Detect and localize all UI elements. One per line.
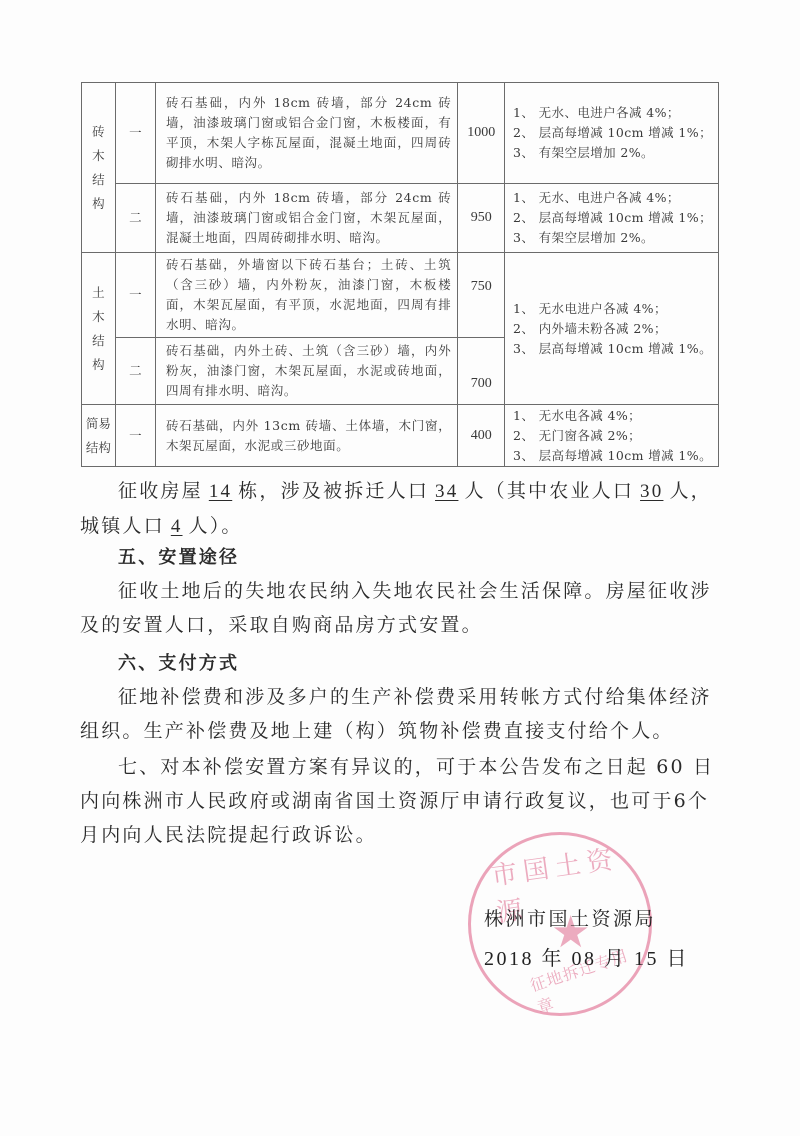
table-row: 二 砖石基础，内外 18cm 砖墙，部分 24cm 砖墙，油漆玻璃门窗或铝合金门… — [82, 184, 719, 253]
section-5-body: 征收土地后的失地农民纳入失地农民社会生活保障。房屋征收涉及的安置人口，采取自购商… — [80, 574, 720, 642]
building-compensation-table: 砖 木 结 构 一 砖石基础，内外 18cm 砖墙，部分 24cm 砖墙，油漆玻… — [81, 82, 719, 467]
structure-type-cell: 简易 结构 — [82, 405, 116, 467]
section-6-heading: 六、支付方式 — [80, 646, 720, 681]
description-cell: 砖石基础，内外 18cm 砖墙，部分 24cm 砖墙，油漆玻璃门窗或铝合金门窗，… — [155, 184, 457, 253]
grade-cell: 一 — [115, 253, 155, 338]
adjustment-cell: 1、 无水电进户各减 4%； 2、 内外墙未粉各减 2%； 3、 层高每增减 1… — [505, 253, 719, 405]
houses-paragraph: 征收房屋14栋，涉及被拆迁人口34人（其中农业人口30人，城镇人口4人）。 — [80, 474, 720, 544]
type-char: 砖 — [82, 120, 115, 144]
issuer-name: 株洲市国土资源局 — [484, 904, 656, 931]
heading-text: 六、支付方式 — [118, 653, 239, 674]
people-count: 34 — [429, 481, 464, 502]
table-row: 简易 结构 一 砖石基础，内外 13cm 砖墙、土体墙，木门窗，木架瓦屋面，水泥… — [82, 405, 719, 467]
body-text: 征收土地后的失地农民纳入失地农民社会生活保障。房屋征收涉及的安置人口，采取自购商… — [80, 580, 712, 636]
adjustment-line: 3、 层高每增减 10cm 增减 1%。 — [513, 446, 712, 466]
adjustment-line: 3、 有架空层增加 2%。 — [513, 143, 712, 163]
issue-date: 2018 年 08 月 15 日 — [484, 942, 689, 971]
adjustment-line: 3、 有架空层增加 2%。 — [513, 228, 712, 248]
description-cell: 砖石基础，内外土砖、土筑（含三砂）墙，内外粉灰，油漆门窗，木架瓦屋面，水泥或砖地… — [155, 338, 457, 405]
type-char: 简易 — [82, 412, 115, 436]
price-cell: 400 — [458, 405, 505, 467]
grade-cell: 一 — [115, 83, 155, 184]
text: 人）。 — [189, 515, 243, 537]
adjustment-line: 1、 无水、电进户各减 4%； — [513, 103, 712, 123]
body-text: 七、对本补偿安置方案有异议的，可于本公告发布之日起 60 日内向株洲市人民政府或… — [80, 756, 714, 846]
description-cell: 砖石基础，内外 13cm 砖墙、土体墙，木门窗，木架瓦屋面，水泥或三砂地面。 — [155, 405, 457, 467]
adjustment-line: 2、 内外墙未粉各减 2%； — [513, 319, 712, 339]
adjustment-line: 2、 无门窗各减 2%； — [513, 426, 712, 446]
text: 人（其中农业人口 — [464, 480, 634, 502]
type-char: 结构 — [82, 436, 115, 460]
grade-cell: 二 — [115, 184, 155, 253]
price-cell: 1000 — [458, 83, 505, 184]
section-6-body: 征地补偿费和涉及多户的生产补偿费采用转帐方式付给集体经济组织。生产补偿费及地上建… — [80, 680, 720, 748]
adjustment-line: 3、 层高每增减 10cm 增减 1%。 — [513, 339, 712, 359]
table-row: 砖 木 结 构 一 砖石基础，内外 18cm 砖墙，部分 24cm 砖墙，油漆玻… — [82, 83, 719, 184]
adjustment-line: 1、 无水电进户各减 4%； — [513, 299, 712, 319]
price-cell: 950 — [458, 184, 505, 253]
heading-text: 五、安置途径 — [118, 547, 239, 568]
urban-count: 4 — [165, 516, 189, 537]
text: 栋，涉及被拆迁人口 — [238, 480, 429, 502]
adjustment-line: 2、 层高每增减 10cm 增减 1%； — [513, 208, 712, 228]
structure-type-cell: 土 木 结 构 — [82, 253, 116, 405]
type-char: 结 — [82, 168, 115, 192]
body-text: 征地补偿费和涉及多户的生产补偿费采用转帐方式付给集体经济组织。生产补偿费及地上建… — [80, 686, 712, 742]
price-cell: 750 — [458, 253, 505, 338]
type-char: 木 — [82, 305, 115, 329]
table-row: 土 木 结 构 一 砖石基础，外墙窗以下砖石基台；土砖、土筑（含三砂）墙，内外粉… — [82, 253, 719, 338]
grade-cell: 二 — [115, 338, 155, 405]
type-char: 构 — [82, 192, 115, 216]
text: 征收房屋 — [118, 480, 203, 502]
adjustment-cell: 1、 无水、电进户各减 4%； 2、 层高每增减 10cm 增减 1%； 3、 … — [505, 184, 719, 253]
adjustment-cell: 1、 无水电各减 4%； 2、 无门窗各减 2%； 3、 层高每增减 10cm … — [505, 405, 719, 467]
adjustment-cell: 1、 无水、电进户各减 4%； 2、 层高每增减 10cm 增减 1%； 3、 … — [505, 83, 719, 184]
description-cell: 砖石基础，外墙窗以下砖石基台；土砖、土筑（含三砂）墙，内外粉灰，油漆门窗，木板楼… — [155, 253, 457, 338]
type-char: 结 — [82, 329, 115, 353]
buildings-count: 14 — [203, 481, 238, 502]
adjustment-line: 1、 无水、电进户各减 4%； — [513, 188, 712, 208]
price-cell: 700 — [458, 338, 505, 405]
structure-type-cell: 砖 木 结 构 — [82, 83, 116, 253]
agricultural-count: 30 — [634, 481, 669, 502]
adjustment-line: 2、 层高每增减 10cm 增减 1%； — [513, 123, 712, 143]
description-cell: 砖石基础，内外 18cm 砖墙，部分 24cm 砖墙，油漆玻璃门窗或铝合金门窗，… — [155, 83, 457, 184]
type-char: 木 — [82, 144, 115, 168]
section-5-heading: 五、安置途径 — [80, 540, 720, 575]
grade-cell: 一 — [115, 405, 155, 467]
type-char: 构 — [82, 353, 115, 377]
adjustment-line: 1、 无水电各减 4%； — [513, 406, 712, 426]
type-char: 土 — [82, 281, 115, 305]
